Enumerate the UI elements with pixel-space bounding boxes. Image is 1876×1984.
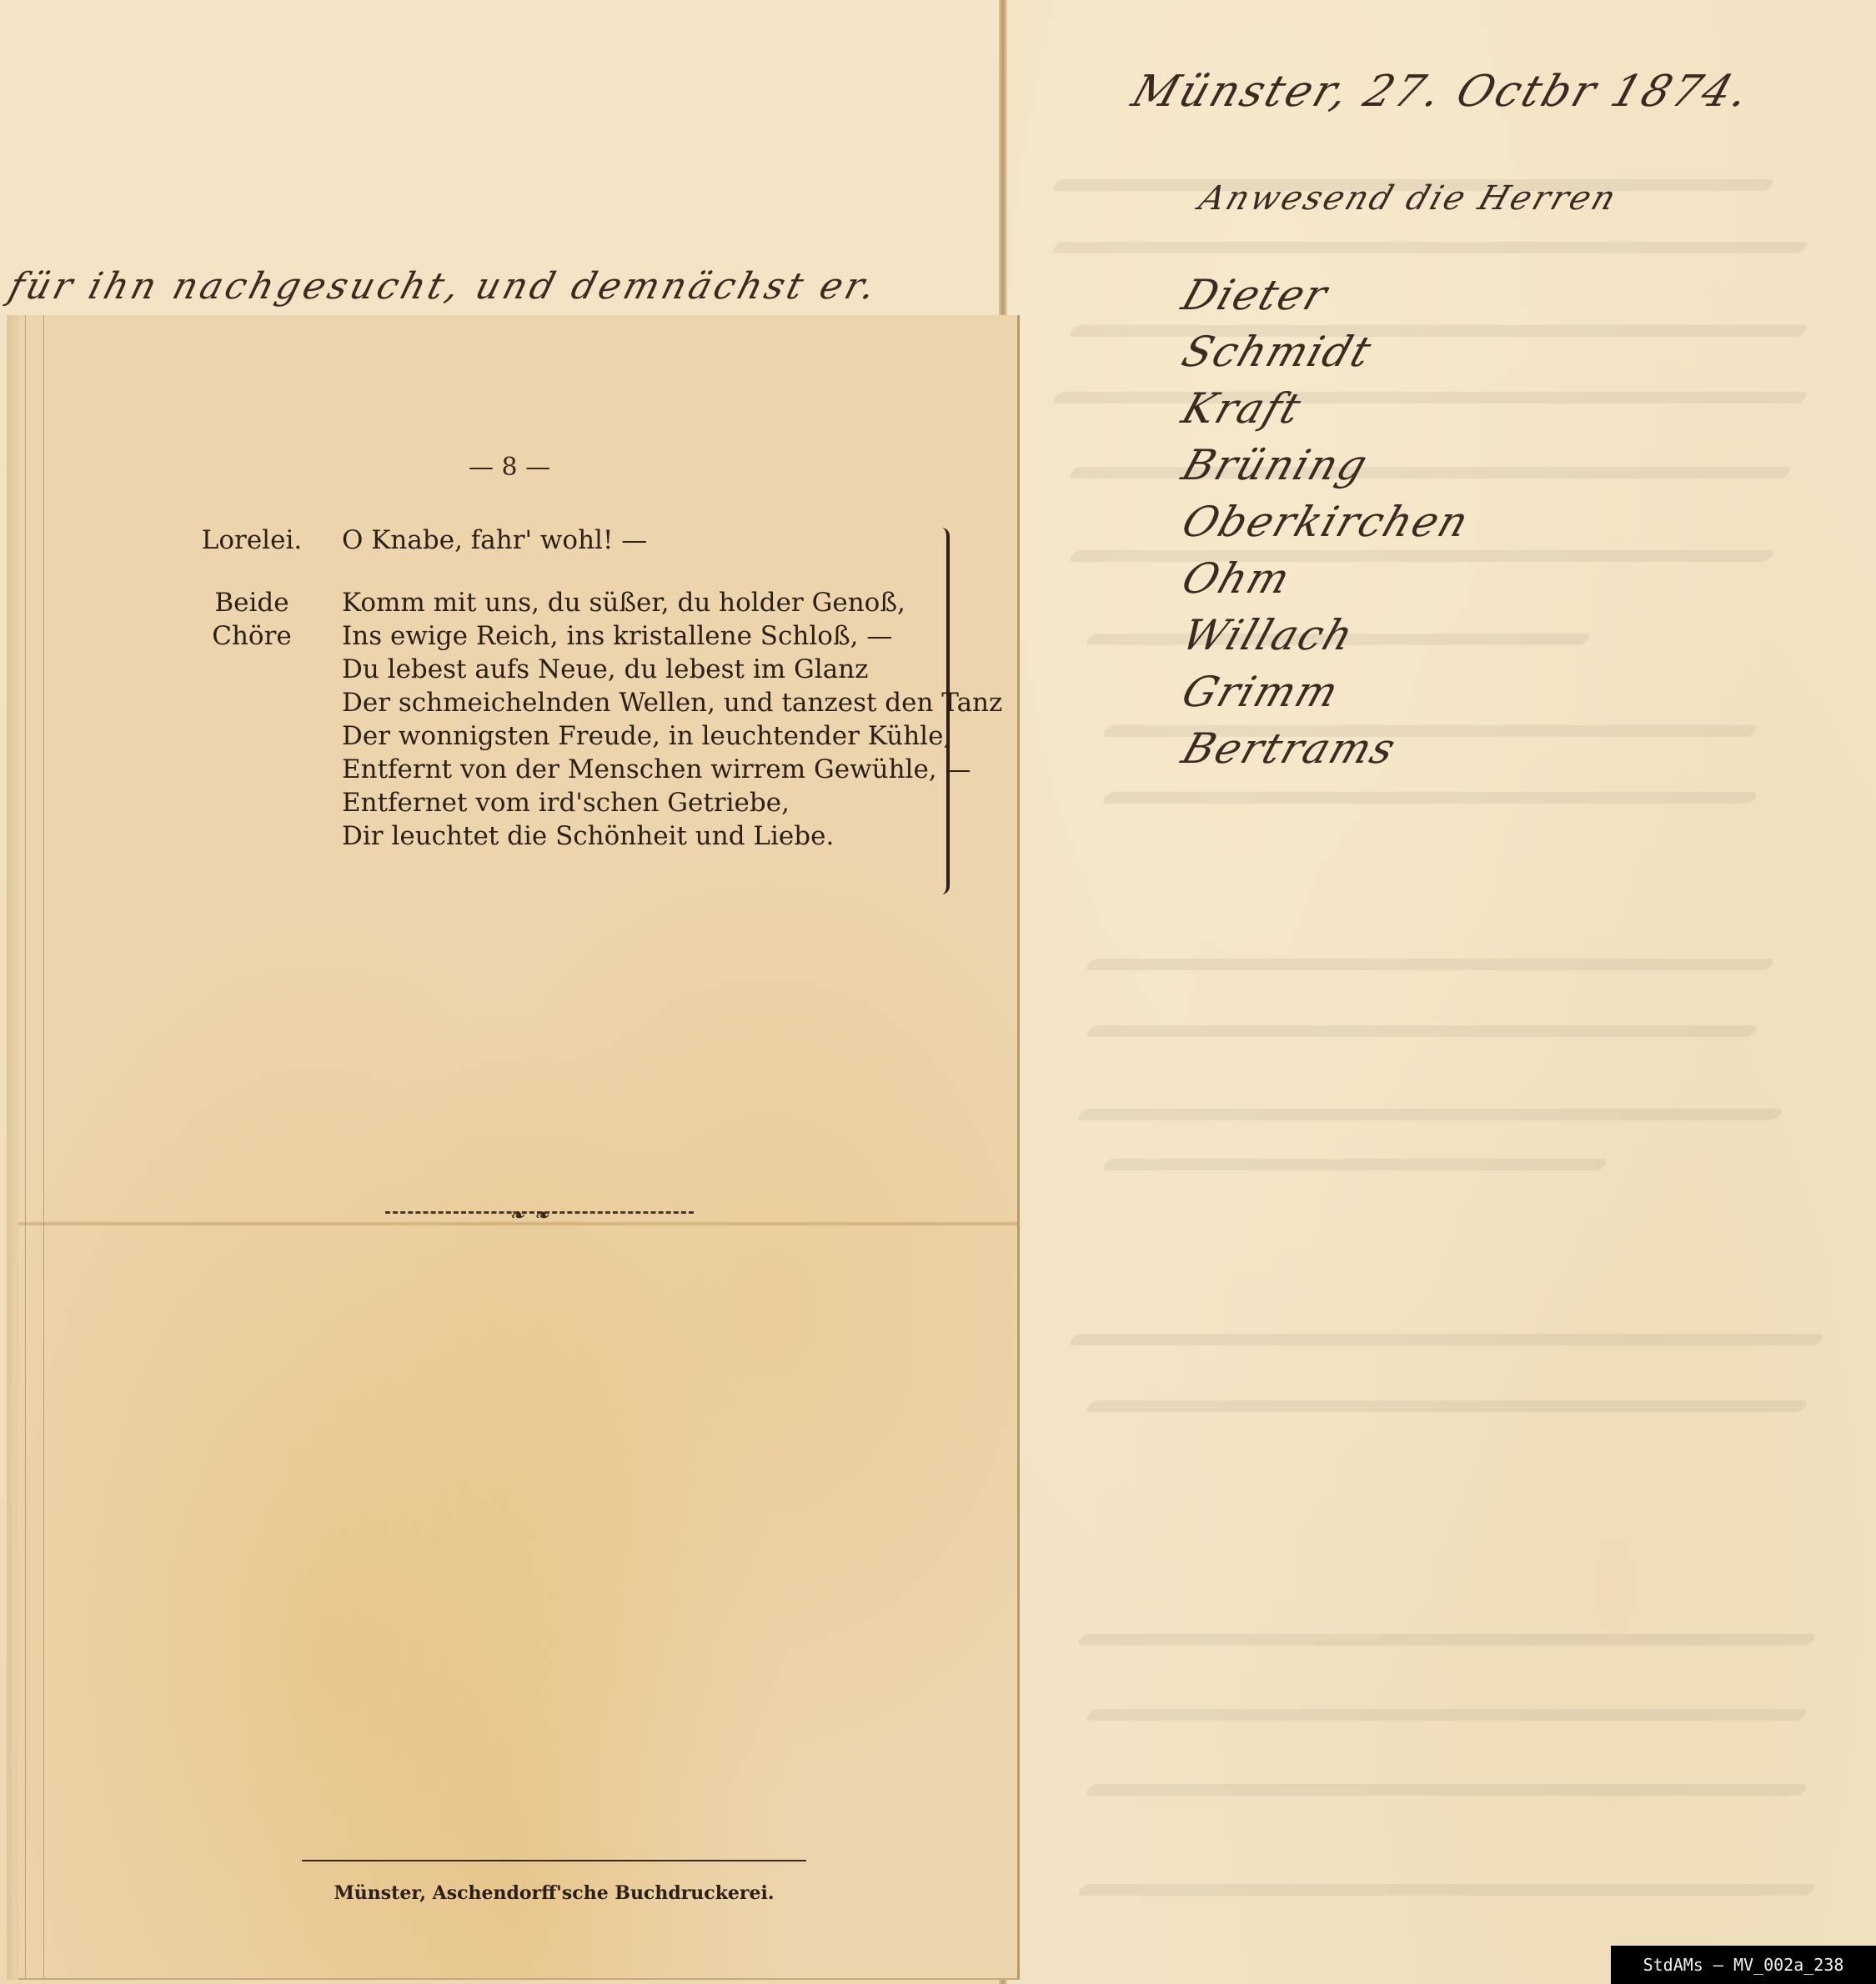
attendee-name: Willach bbox=[1175, 607, 1477, 664]
archive-reference-label: StdAMs – MV_002a_238 bbox=[1611, 1946, 1876, 1984]
printed-booklet: — 8 — Lorelei. O Knabe, fahr' wohl! — Be… bbox=[18, 315, 1020, 1980]
bleed-through-line bbox=[1084, 1025, 1759, 1037]
bleed-through-line bbox=[1067, 1334, 1826, 1345]
speaker-label: Beide Chöre bbox=[185, 586, 319, 653]
verse-lines: Komm mit uns, du süßer, du holder Genoß,… bbox=[342, 586, 1002, 853]
attendee-name: Dieter bbox=[1175, 267, 1477, 323]
verse-line: Der wonnigsten Freude, in leuchtender Kü… bbox=[342, 719, 1002, 753]
bleed-through-line bbox=[1084, 1400, 1809, 1412]
verse-line: Der schmeichelnden Wellen, und tanzest d… bbox=[342, 686, 1002, 719]
attendee-name: Brüning bbox=[1175, 437, 1477, 493]
printer-imprint: Münster, Aschendorff'sche Buchdruckerei. bbox=[302, 1882, 806, 1904]
verse-line: Du lebest aufs Neue, du lebest im Glanz bbox=[342, 653, 1002, 686]
page-number: — 8 — bbox=[469, 453, 550, 482]
bleed-through-line bbox=[1084, 1709, 1809, 1721]
bleed-through-line bbox=[1051, 242, 1809, 253]
bleed-through-line bbox=[1084, 959, 1776, 970]
verse-line: Entfernet vom ird'schen Getriebe, bbox=[342, 786, 1002, 819]
attendee-name: Schmidt bbox=[1175, 323, 1477, 380]
attendance-heading: Anwesend die Herren bbox=[1195, 179, 1623, 218]
bleed-through-line bbox=[1076, 1634, 1818, 1646]
verse-line: Dir leuchtet die Schönheit und Liebe. bbox=[342, 819, 1002, 853]
booklet-fold bbox=[18, 1221, 1017, 1226]
imprint-rule bbox=[302, 1860, 806, 1861]
bleed-through-line bbox=[1076, 1109, 1784, 1120]
verse-line: Ins ewige Reich, ins kristallene Schloß,… bbox=[342, 619, 1002, 653]
date-line: Münster, 27. Octbr 1874. bbox=[1126, 67, 1758, 117]
attendee-name: Kraft bbox=[1175, 380, 1477, 437]
verse-lorelei: Lorelei. O Knabe, fahr' wohl! — bbox=[18, 524, 935, 574]
bleed-through-line bbox=[1101, 792, 1759, 804]
attendee-name: Oberkirchen bbox=[1175, 493, 1477, 550]
brace-bracket bbox=[938, 528, 950, 894]
bleed-through-line bbox=[1084, 1784, 1809, 1796]
attendee-list: Dieter Schmidt Kraft Brüning Oberkirchen… bbox=[1184, 267, 1468, 777]
attendee-name: Grimm bbox=[1175, 664, 1477, 720]
speaker-label: Lorelei. bbox=[185, 524, 319, 557]
verse-beide-choere: Beide Chöre Komm mit uns, du süßer, du h… bbox=[18, 586, 935, 869]
handwritten-note: für ihn nachgesucht, und demnächst er. bbox=[4, 265, 883, 308]
attendee-name: Ohm bbox=[1175, 550, 1477, 607]
verse-line: Entfernt von der Menschen wirrem Gewühle… bbox=[342, 753, 1002, 786]
verse-line: O Knabe, fahr' wohl! — bbox=[342, 524, 647, 557]
bleed-through-line bbox=[1101, 1159, 1609, 1170]
verse-line: Komm mit uns, du süßer, du holder Genoß, bbox=[342, 586, 1002, 619]
attendee-name: Bertrams bbox=[1175, 720, 1477, 777]
bleed-through-line bbox=[1076, 1884, 1818, 1896]
